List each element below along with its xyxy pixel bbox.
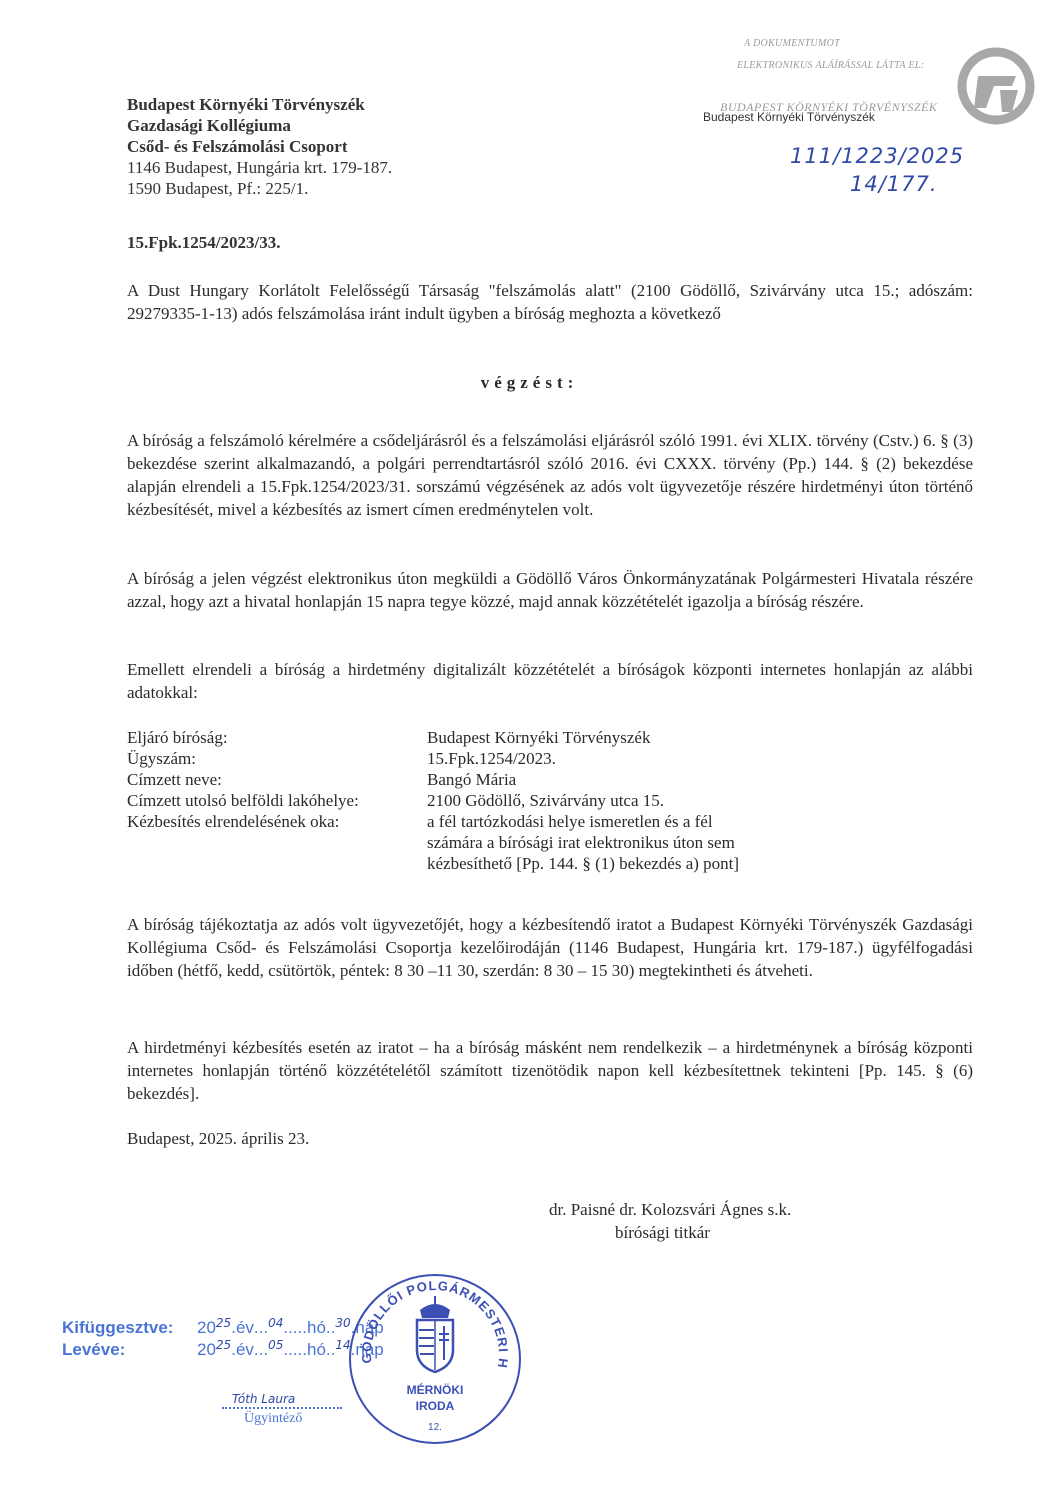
document-title: végzést: [0, 373, 1059, 393]
year-word: év [236, 1318, 254, 1338]
case-number: 15.Fpk.1254/2023/33. [127, 232, 281, 253]
esignature-line1: A DOKUMENTUMOT [744, 38, 840, 49]
posted-label: Kifüggesztve: [62, 1318, 197, 1338]
detail-label: Eljáró bíróság: [127, 727, 427, 748]
removed-row: Levéve: 20 25 .év... 05 .....hó.. 14 .na… [62, 1340, 384, 1362]
hungarian-coat-of-arms-icon [417, 1296, 453, 1372]
month-word: hó [307, 1340, 326, 1360]
removed-year-prefix: 20 [197, 1340, 216, 1360]
detail-label: Címzett neve: [127, 769, 427, 790]
detail-value: Bangó Mária [427, 769, 757, 790]
address-line2: 1590 Budapest, Pf.: 225/1. [127, 178, 392, 199]
paragraph-4: A bíróság tájékoztatja az adós volt ügyv… [127, 913, 973, 982]
svg-text:IRODA: IRODA [416, 1399, 455, 1413]
detail-row: Címzett neve: Bangó Mária [127, 769, 757, 790]
signature-line [222, 1407, 342, 1409]
court-logo-icon [956, 46, 1036, 126]
clerk-signature: Tóth Laura [232, 1392, 295, 1406]
handwritten-ref-line2: 14/177. [850, 172, 938, 196]
month-word: hó [307, 1318, 326, 1338]
court-header: Budapest Környéki Törvényszék Gazdasági … [127, 94, 392, 199]
paragraph-1: A bíróság a felszámoló kérelmére a csőde… [127, 429, 973, 521]
publication-details: Eljáró bíróság: Budapest Környéki Törvén… [127, 727, 757, 874]
detail-row: Kézbesítés elrendelésének oka: a fél tar… [127, 811, 757, 874]
handwritten-ref-line1: 111/1223/2025 [790, 144, 964, 168]
signature-name: dr. Paisné dr. Kolozsvári Ágnes s.k. [549, 1198, 791, 1221]
detail-value: 15.Fpk.1254/2023. [427, 748, 757, 769]
svg-text:12.: 12. [428, 1422, 442, 1433]
detail-row: Eljáró bíróság: Budapest Környéki Törvén… [127, 727, 757, 748]
posted-year: 25 [216, 1316, 231, 1330]
svg-text:MÉRNÖKI: MÉRNÖKI [407, 1382, 464, 1397]
year-word: év [236, 1340, 254, 1360]
removed-label: Levéve: [62, 1340, 197, 1360]
court-name: Budapest Környéki Törvényszék [127, 94, 392, 115]
detail-value: a fél tartózkodási helye ismeretlen és a… [427, 811, 757, 874]
posting-stamp: Kifüggesztve: 20 25 .év... 04 .....hó.. … [62, 1318, 384, 1362]
detail-label: Címzett utolsó belföldi lakóhelye: [127, 790, 427, 811]
intro-paragraph: A Dust Hungary Korlátolt Felelősségű Tár… [127, 279, 973, 325]
detail-value: 2100 Gödöllő, Szivárvány utca 15. [427, 790, 757, 811]
paragraph-5: A hirdetményi kézbesítés esetén az irato… [127, 1036, 973, 1105]
detail-value: Budapest Környéki Törvényszék [427, 727, 757, 748]
esignature-court: Budapest Környéki Törvényszék [703, 110, 875, 124]
posted-row: Kifüggesztve: 20 25 .év... 04 .....hó.. … [62, 1318, 384, 1340]
esignature-line2: ELEKTRONIKUS ALÁÍRÁSSAL LÁTTA EL: [737, 60, 924, 71]
college-name: Gazdasági Kollégiuma [127, 115, 392, 136]
posted-month: 04 [268, 1316, 283, 1330]
clerk-label: Ügyintéző [244, 1411, 302, 1427]
paragraph-2: A bíróság a jelen végzést elektronikus ú… [127, 567, 973, 613]
signature-role: bírósági titkár [615, 1221, 710, 1244]
removed-year: 25 [216, 1338, 231, 1352]
group-name: Csőd- és Felszámolási Csoport [127, 136, 392, 157]
office-seal: GÖDÖLLŐI POLGÁRMESTERI HIVATAL MÉRNÖKI I… [345, 1270, 525, 1448]
detail-row: Ügyszám: 15.Fpk.1254/2023. [127, 748, 757, 769]
place-date: Budapest, 2025. április 23. [127, 1127, 309, 1150]
detail-label: Ügyszám: [127, 748, 427, 769]
address-line1: 1146 Budapest, Hungária krt. 179-187. [127, 157, 392, 178]
posted-year-prefix: 20 [197, 1318, 216, 1338]
detail-row: Címzett utolsó belföldi lakóhelye: 2100 … [127, 790, 757, 811]
detail-label: Kézbesítés elrendelésének oka: [127, 811, 427, 874]
paragraph-3: Emellett elrendeli a bíróság a hirdetmén… [127, 658, 973, 704]
removed-month: 05 [268, 1338, 283, 1352]
